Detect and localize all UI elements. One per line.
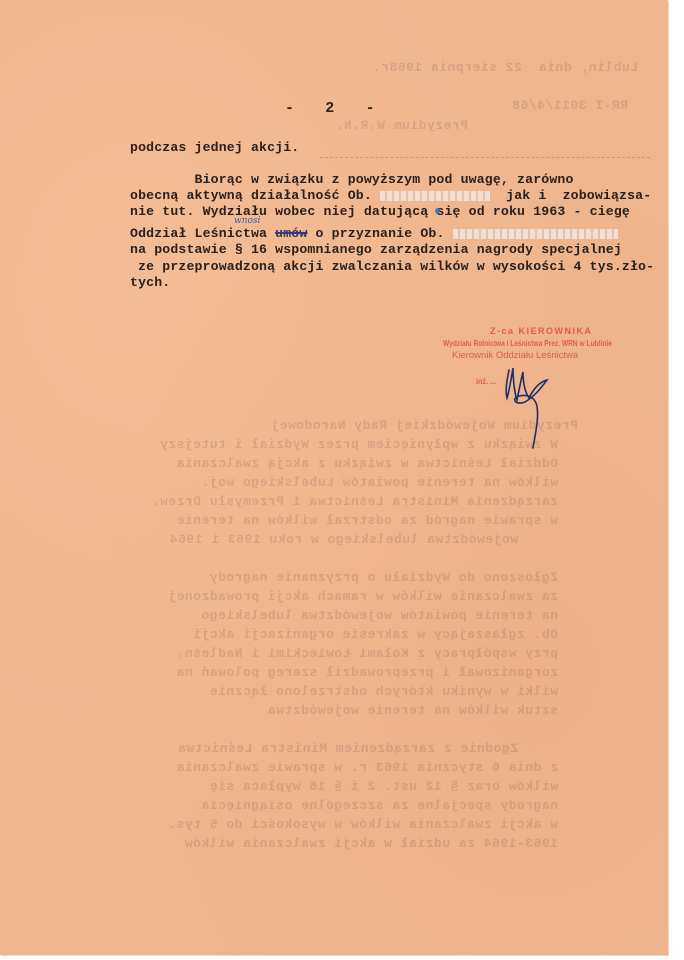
document-page: Lublin, dnia 22 sierpnia 1968r. RR-I 301… (0, 0, 668, 955)
page-number: - 2 - (285, 100, 375, 117)
stamp-line-1: Z-ca KIEROWNIKA (490, 326, 593, 336)
body-line-3-start: obecną aktywną działalność Ob. (130, 188, 372, 203)
body-line-1: podczas jednej akcji. (130, 140, 299, 155)
dotted-rule (320, 157, 650, 158)
body-line-3-end: jak i zobowiązsa- (506, 188, 651, 203)
ink-blot (435, 208, 440, 214)
struck-word: umów (275, 226, 307, 241)
body-line-8: tych. (130, 275, 170, 290)
bleed-through-text: Lublin, dnia 22 sierpnia 1968r. RR-I 301… (0, 0, 668, 955)
body-line-4: nie tut. Wydziału wobec niej datującą si… (130, 204, 630, 219)
body-line-7: ze przeprowadzoną akcji zwalczania wilkó… (130, 259, 654, 274)
body-line-5: Oddział Leśnictwa umów o przyznanie Ob. (130, 226, 618, 241)
body-line-3: obecną aktywną działalność Ob. jak i zob… (130, 188, 651, 203)
body-line-2: Biorąc w związku z powyższym pod uwagę, … (130, 172, 574, 187)
body-line-5-start: Oddział Leśnictwa (130, 226, 267, 241)
redacted-name-1 (380, 191, 490, 201)
body-line-6: na podstawie § 16 wspomnianego zarządzen… (130, 242, 622, 257)
stamp-line-4: inż. ... (476, 376, 496, 386)
signature (495, 340, 575, 450)
body-line-5-mid: o przyznanie Ob. (316, 226, 445, 241)
redacted-name-2 (453, 229, 618, 239)
handwritten-correction: wnosi (234, 216, 260, 226)
